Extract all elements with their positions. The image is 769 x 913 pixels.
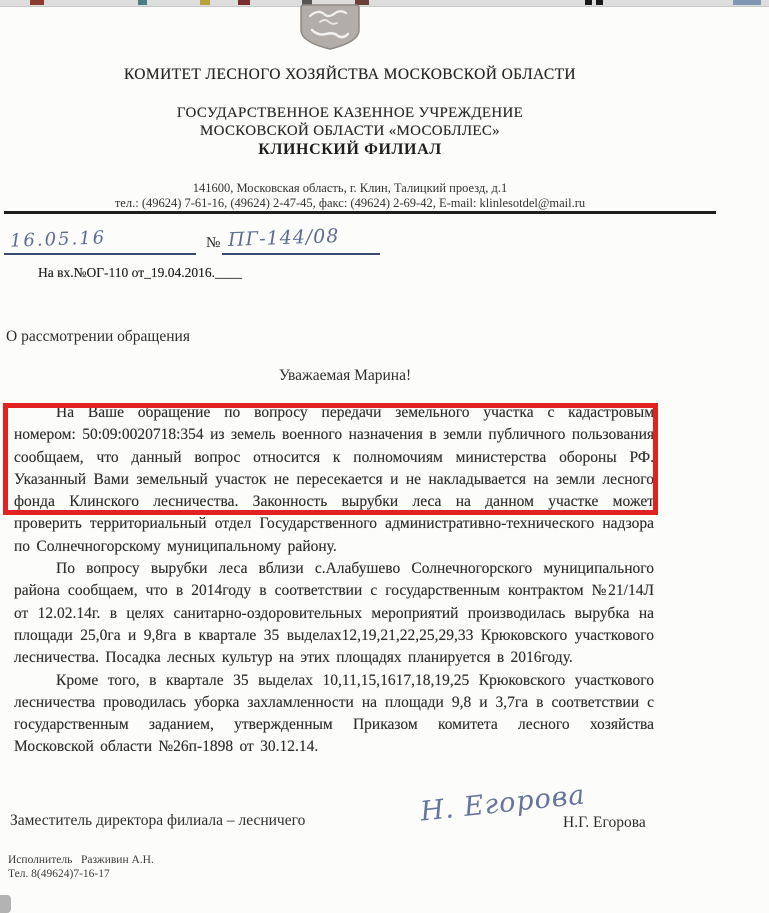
bottom-left-tab [0, 895, 11, 913]
number-sign: № [206, 235, 220, 252]
scanned-letter-page: КОМИТЕТ ЛЕСНОГО ХОЗЯЙСТВА МОСКОВСКОЙ ОБЛ… [0, 0, 769, 913]
executor-line: Исполнитель Разживин А.Н. [8, 854, 154, 866]
letterhead-divider [4, 211, 716, 214]
signature-name: Н.Г. Егорова [563, 814, 646, 832]
letterhead-org-line2: МОСКОВСКОЙ ОБЛАСТИ «МОСОБЛЛЕС» [0, 123, 700, 140]
chrome-fragment [596, 0, 603, 5]
chrome-fragment [138, 0, 147, 5]
browser-chrome-strip[interactable] [0, 0, 769, 7]
subject-line: О рассмотрении обращения [6, 328, 190, 346]
executor-phone: Тел. 8(49624)7-16-17 [8, 868, 110, 880]
body-paragraph-1: На Ваше обращение по вопросу передачи зе… [14, 402, 654, 558]
coat-of-arms-emblem [296, 4, 364, 50]
chrome-fragment [238, 0, 250, 5]
signature-handwriting: Н. Егорова [419, 779, 587, 827]
letter-body: На Ваше обращение по вопросу передачи зе… [14, 402, 654, 759]
letterhead-org-line1: ГОСУДАРСТВЕННОЕ КАЗЕННОЕ УЧРЕЖДЕНИЕ [0, 105, 700, 122]
chrome-fragment [30, 0, 44, 5]
body-paragraph-2: По вопросу вырубки леса вблизи с.Алабуше… [14, 558, 654, 669]
letterhead-contacts: тел.: (49624) 7-61-16, (49624) 2-47-45, … [0, 196, 700, 211]
letterhead-branch: КЛИНСКИЙ ФИЛИАЛ [0, 141, 700, 159]
chrome-fragment [200, 0, 210, 5]
chrome-fragment [585, 0, 592, 5]
chrome-fragment [733, 0, 761, 5]
body-paragraph-3: Кроме того, в квартале 35 выделах 10,11,… [14, 670, 654, 759]
handwritten-number: ПГ-144/08 [228, 225, 340, 251]
shield-icon [296, 4, 364, 50]
date-underline [4, 253, 196, 255]
letterhead-committee: КОМИТЕТ ЛЕСНОГО ХОЗЯЙСТВА МОСКОВСКОЙ ОБЛ… [0, 66, 700, 84]
letterhead-address: 141600, Московская область, г. Клин, Тал… [0, 181, 700, 196]
number-underline [222, 253, 380, 255]
signature-title: Заместитель директора филиала – лесничег… [10, 812, 305, 830]
handwritten-date: 16.05.16 [10, 227, 107, 251]
incoming-reference-line: На вх.№ОГ-110 от_19.04.2016.____ [38, 265, 242, 281]
salutation: Уважаемая Марина! [0, 367, 690, 385]
